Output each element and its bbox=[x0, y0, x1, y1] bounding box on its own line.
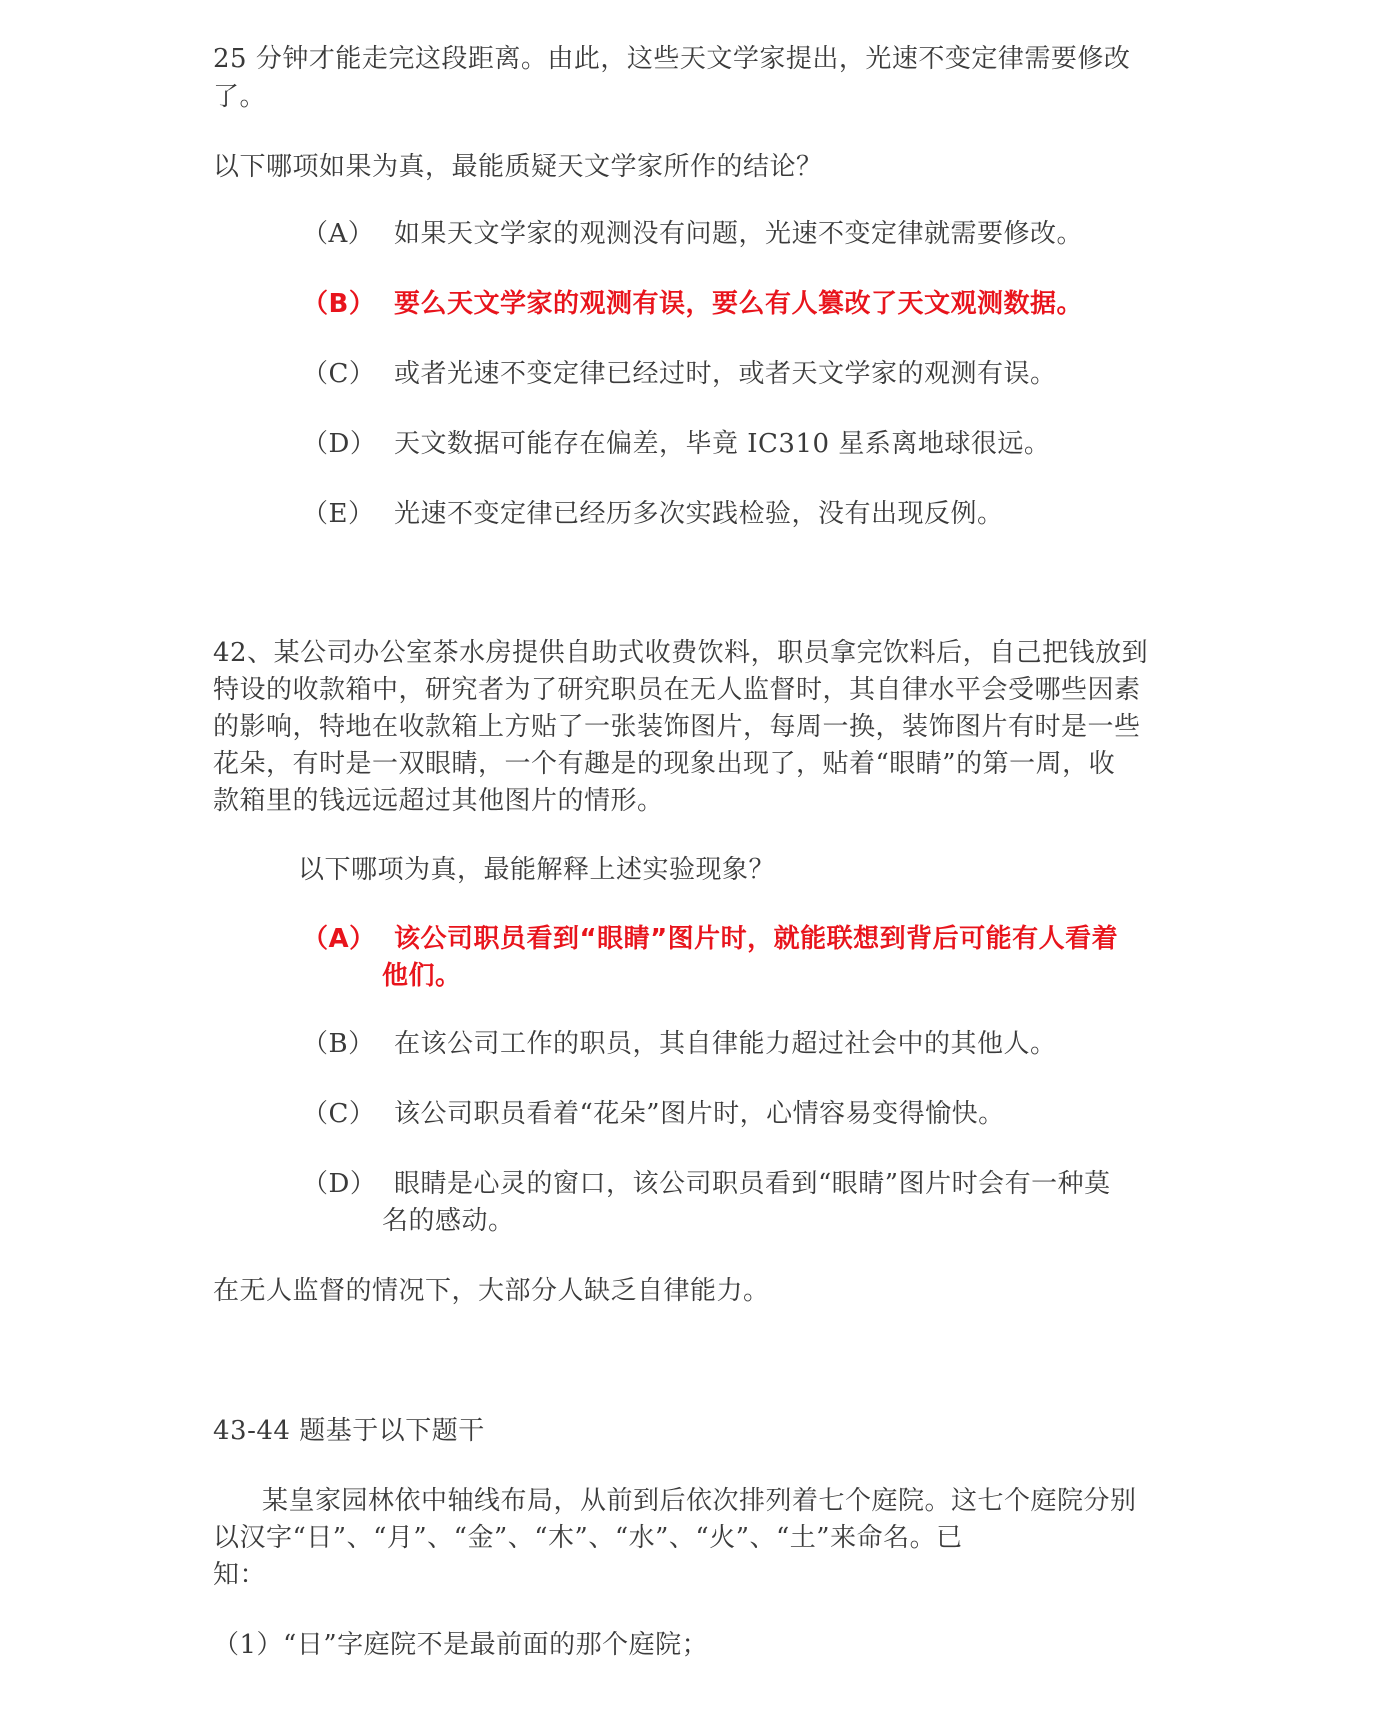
option-text: 如果天文学家的观测没有问题，光速不变定律就需要修改。 bbox=[302, 216, 1202, 253]
q43-44-stem-line-2: 以汉字“日”、“月”、“金”、“木”、“水”、“火”、“土”来命名。已 bbox=[213, 1519, 963, 1557]
option-label: （E） bbox=[302, 496, 374, 533]
option-text: 该公司职员看着“花朵”图片时，心情容易变得愉快。 bbox=[302, 1096, 1202, 1133]
option-text-line-1: 该公司职员看到“眼睛”图片时，就能联想到背后可能有人看着 bbox=[302, 921, 1202, 958]
q41-option-c: （C） 或者光速不变定律已经过时，或者天文学家的观测有误。 bbox=[302, 356, 1202, 393]
option-text-line-1: 眼睛是心灵的窗口，该公司职员看到“眼睛”图片时会有一种莫 bbox=[302, 1166, 1202, 1203]
option-text: 天文数据可能存在偏差，毕竟 IC310 星系离地球很远。 bbox=[302, 426, 1202, 463]
q42-option-d: （D） 眼睛是心灵的窗口，该公司职员看到“眼睛”图片时会有一种莫 名的感动。 bbox=[302, 1166, 1202, 1240]
option-label: （A） bbox=[302, 921, 376, 958]
q42-stem-line-1: 42、某公司办公室茶水房提供自助式收费饮料，职员拿完饮料后，自己把钱放到 bbox=[213, 634, 1148, 672]
q43-44-stem-line-1: 某皇家园林依中轴线布局，从前到后依次排列着七个庭院。这七个庭院分别 bbox=[262, 1482, 1137, 1520]
option-text: 或者光速不变定律已经过时，或者天文学家的观测有误。 bbox=[302, 356, 1202, 393]
option-text-line-2: 名的感动。 bbox=[302, 1203, 1202, 1240]
q43-44-heading: 43-44 题基于以下题干 bbox=[213, 1412, 485, 1450]
q41-option-a: （A） 如果天文学家的观测没有问题，光速不变定律就需要修改。 bbox=[302, 216, 1202, 253]
option-label: （D） bbox=[302, 426, 376, 463]
q42-option-a-correct-answer: （A） 该公司职员看到“眼睛”图片时，就能联想到背后可能有人看着 他们。 bbox=[302, 921, 1202, 995]
q42-stem-line-5: 款箱里的钱远远超过其他图片的情形。 bbox=[213, 782, 664, 820]
option-label: （B） bbox=[302, 286, 375, 323]
option-label: （C） bbox=[302, 1096, 375, 1133]
q41-question: 以下哪项如果为真，最能质疑天文学家所作的结论？ bbox=[213, 148, 823, 186]
option-label: （C） bbox=[302, 356, 375, 393]
q41-option-e: （E） 光速不变定律已经历多次实践检验，没有出现反例。 bbox=[302, 496, 1202, 533]
option-label: （A） bbox=[302, 216, 374, 253]
q42-option-c: （C） 该公司职员看着“花朵”图片时，心情容易变得愉快。 bbox=[302, 1096, 1202, 1133]
q41-stem-line-1: 25 分钟才能走完这段距离。由此，这些天文学家提出，光速不变定律需要修改 bbox=[213, 40, 1130, 78]
option-label: （B） bbox=[302, 1026, 375, 1063]
q42-stem-line-4: 花朵，有时是一双眼睛，一个有趣是的现象出现了，贴着“眼睛”的第一周，收 bbox=[213, 745, 1115, 783]
option-text-line-2: 他们。 bbox=[302, 958, 1202, 995]
document-page: 25 分钟才能走完这段距离。由此，这些天文学家提出，光速不变定律需要修改 了。 … bbox=[0, 0, 1400, 1715]
q42-stem-line-2: 特设的收款箱中，研究者为了研究职员在无人监督时，其自律水平会受哪些因素 bbox=[213, 671, 1141, 709]
option-label: （D） bbox=[302, 1166, 376, 1203]
q43-44-stem-line-3: 知： bbox=[213, 1556, 266, 1594]
q42-option-b: （B） 在该公司工作的职员，其自律能力超过社会中的其他人。 bbox=[302, 1026, 1202, 1063]
option-text: 在该公司工作的职员，其自律能力超过社会中的其他人。 bbox=[302, 1026, 1202, 1063]
option-text: 要么天文学家的观测有误，要么有人篡改了天文观测数据。 bbox=[302, 286, 1202, 323]
q42-option-e-unlabeled: 在无人监督的情况下，大部分人缺乏自律能力。 bbox=[213, 1272, 770, 1310]
q42-stem-line-3: 的影响，特地在收款箱上方贴了一张装饰图片，每周一换，装饰图片有时是一些 bbox=[213, 708, 1141, 746]
option-text: 光速不变定律已经历多次实践检验，没有出现反例。 bbox=[302, 496, 1202, 533]
q42-question: 以下哪项为真，最能解释上述实验现象？ bbox=[298, 851, 775, 889]
q41-option-b-correct-answer: （B） 要么天文学家的观测有误，要么有人篡改了天文观测数据。 bbox=[302, 286, 1202, 323]
q43-44-condition-1: （1）“日”字庭院不是最前面的那个庭院； bbox=[213, 1626, 708, 1664]
q41-stem-line-2: 了。 bbox=[213, 78, 266, 116]
q41-option-d: （D） 天文数据可能存在偏差，毕竟 IC310 星系离地球很远。 bbox=[302, 426, 1202, 463]
